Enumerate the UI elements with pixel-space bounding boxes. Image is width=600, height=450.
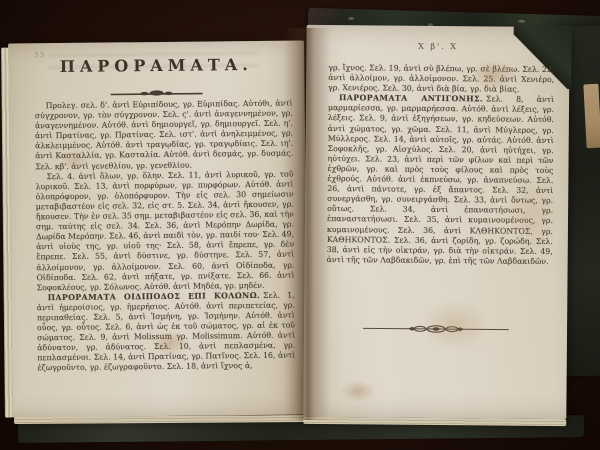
left-page-text-column: Προλεγ. σελ. δ'. ἀντὶ Εὐριπίδους, γρ. Εὐ… [35, 99, 296, 408]
ornament-rule-icon [109, 87, 205, 98]
errata-paragraph-antigone: ΠΑΡΟΡΑΜΑΤΑ ΑΝΤΙΓΟΝΗΣ.Σελ. 8, ἀντὶ μαρμαρ… [327, 93, 554, 267]
section-text-oedipus: Σελ. 1, ἀντὶ ἡμεροίσιος, γρ. ἡμερήσιος. … [37, 290, 296, 372]
end-ornament-divider [304, 317, 567, 338]
section-text-antigone: Σελ. 8, ἀντὶ μαρμαρίεσσα, γρ. μαρμαρήεσσ… [327, 95, 554, 266]
page-title: ΠΑΡΟΡΑΜΑΤΑ. [8, 54, 304, 76]
errata-paragraph-continuation: γρ. ἴχνος. Σελ. 19, ἀντὶ σὺ βλέπω, γρ. σ… [328, 63, 554, 95]
section-heading-antigone: ΠΑΡΟΡΑΜΑΤΑ ΑΝΤΙΓΟΝΗΣ. [339, 93, 483, 103]
errata-paragraph-ajax: Σελ. 4. ἀντὶ ὅλων, γρ. ὅλην. Σελ. 11, ἀν… [35, 169, 294, 293]
errata-paragraph-prolegomena: Προλεγ. σελ. δ'. ἀντὶ Εὐριπίδους, γρ. Εὐ… [35, 99, 294, 172]
book-photo: 53 ΠΑΡΟΡΑΜΑΤΑ. Προλεγ. σελ. δ'. ἀντὶ Εὐρ… [0, 0, 600, 450]
signature-mark: Χ β'. Χ [306, 41, 569, 52]
errata-paragraph-oedipus: ΠΑΡΟΡΑΜΑΤΑ ΟΙΔΙΠΟΔΟΣ ΕΠΙ ΚΟΛΩΝΩ.Σελ. 1, … [37, 290, 296, 373]
left-page: 53 ΠΑΡΟΡΑΜΑΤΑ. Προλεγ. σελ. δ'. ἀντὶ Εὐρ… [8, 40, 308, 417]
worn-board-sliver [583, 84, 600, 149]
right-page: Χ β'. Χ γρ. ἴχνος. Σελ. 19, ἀντὶ σὺ βλέπ… [303, 25, 569, 419]
ornament-divider-icon [361, 322, 511, 335]
right-page-text-column: γρ. ἴχνος. Σελ. 19, ἀντὶ σὺ βλέπω, γρ. σ… [326, 63, 554, 305]
